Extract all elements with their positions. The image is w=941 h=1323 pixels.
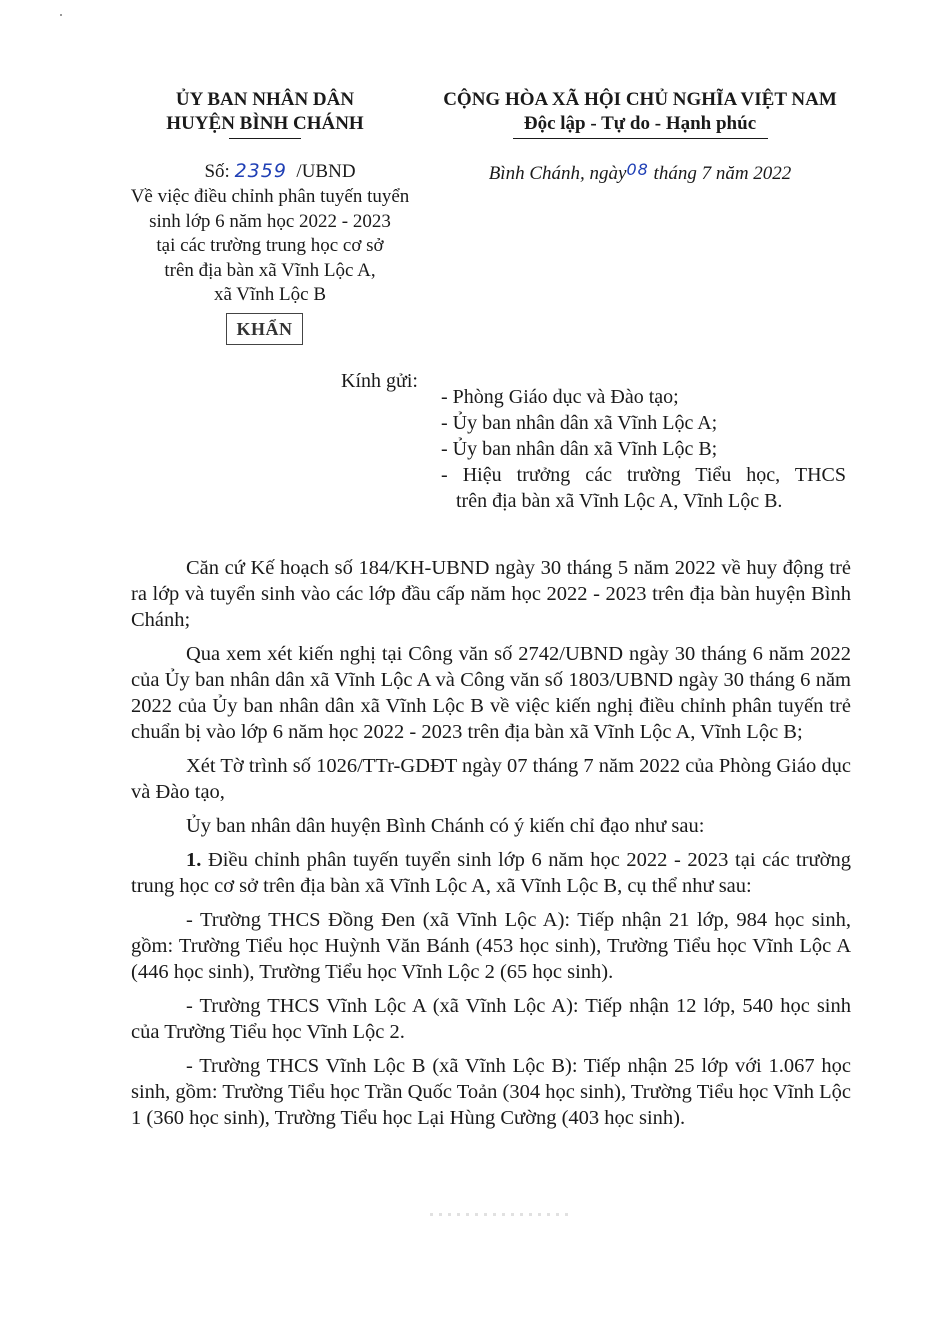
recipients-label: Kính gửi: bbox=[341, 370, 418, 393]
recipient-item: - Phòng Giáo dục và Đào tạo; bbox=[441, 384, 846, 410]
date-suffix: tháng 7 năm 2022 bbox=[654, 163, 792, 184]
issuer-line-2: HUYỆN BÌNH CHÁNH bbox=[130, 112, 400, 136]
national-motto: Độc lập - Tự do - Hạnh phúc bbox=[430, 112, 850, 136]
date-day-handwritten: 08 bbox=[626, 160, 648, 179]
body-paragraph: Ủy ban nhân dân huyện Bình Chánh có ý ki… bbox=[131, 813, 851, 839]
national-header: CỘNG HÒA XÃ HỘI CHỦ NGHĨA VIỆT NAM Độc l… bbox=[430, 88, 850, 139]
number-handwritten: 2359 bbox=[235, 160, 287, 182]
document-date: Bình Chánh, ngày08 tháng 7 năm 2022 bbox=[430, 160, 850, 185]
body-paragraph: Căn cứ Kế hoạch số 184/KH-UBND ngày 30 t… bbox=[131, 555, 851, 633]
recipients-list: - Phòng Giáo dục và Đào tạo; - Ủy ban nh… bbox=[441, 384, 846, 514]
number-suffix: /UBND bbox=[296, 161, 355, 182]
directive-number: 1. bbox=[186, 849, 201, 871]
body-paragraph: Xét Tờ trình số 1026/TTr-GDĐT ngày 07 th… bbox=[131, 753, 851, 805]
document-body: Căn cứ Kế hoạch số 184/KH-UBND ngày 30 t… bbox=[131, 555, 851, 1139]
document-subject: Về việc điều chỉnh phân tuyến tuyển sinh… bbox=[105, 185, 435, 308]
issuer-line-1: ỦY BAN NHÂN DÂN bbox=[130, 88, 400, 112]
national-title: CỘNG HÒA XÃ HỘI CHỦ NGHĨA VIỆT NAM bbox=[430, 88, 850, 112]
number-prefix: Số: bbox=[204, 161, 229, 182]
subject-line: tại các trường trung học cơ sở bbox=[105, 234, 435, 259]
recipient-item: - Ủy ban nhân dân xã Vĩnh Lộc B; bbox=[441, 436, 846, 462]
urgent-stamp: KHẨN bbox=[226, 313, 303, 345]
scan-speck bbox=[60, 14, 62, 16]
subject-line: trên địa bàn xã Vĩnh Lộc A, bbox=[105, 259, 435, 284]
subject-line: sinh lớp 6 năm học 2022 - 2023 bbox=[105, 210, 435, 235]
issuer-underline bbox=[229, 138, 301, 139]
issuer-header: ỦY BAN NHÂN DÂN HUYỆN BÌNH CHÁNH bbox=[130, 88, 400, 139]
school-allocation: - Trường THCS Vĩnh Lộc B (xã Vĩnh Lộc B)… bbox=[131, 1053, 851, 1131]
date-prefix: Bình Chánh, ngày bbox=[489, 163, 627, 184]
document-number: Số: 2359 /UBND bbox=[150, 160, 410, 183]
recipient-item: - Ủy ban nhân dân xã Vĩnh Lộc A; bbox=[441, 410, 846, 436]
subject-line: xã Vĩnh Lộc B bbox=[105, 283, 435, 308]
directive-text: Điều chỉnh phân tuyến tuyển sinh lớp 6 n… bbox=[131, 849, 851, 897]
subject-line: Về việc điều chỉnh phân tuyến tuyển bbox=[105, 185, 435, 210]
recipient-item: - Hiệu trưởng các trường Tiểu học, THCS bbox=[441, 462, 846, 488]
school-allocation: - Trường THCS Đồng Đen (xã Vĩnh Lộc A): … bbox=[131, 907, 851, 985]
body-paragraph: Qua xem xét kiến nghị tại Công văn số 27… bbox=[131, 641, 851, 745]
recipient-item-continued: trên địa bàn xã Vĩnh Lộc A, Vĩnh Lộc B. bbox=[441, 488, 846, 514]
school-allocation: - Trường THCS Vĩnh Lộc A (xã Vĩnh Lộc A)… bbox=[131, 993, 851, 1045]
scan-artifact bbox=[430, 1213, 570, 1216]
motto-underline bbox=[513, 138, 768, 139]
directive-item-1: 1. Điều chỉnh phân tuyến tuyển sinh lớp … bbox=[131, 847, 851, 899]
